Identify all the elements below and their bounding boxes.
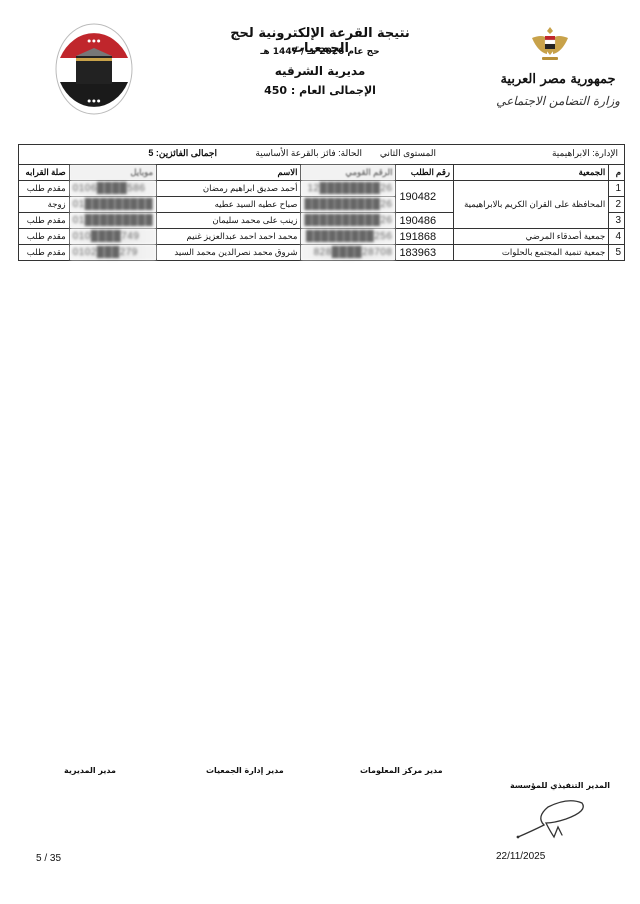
mobile-cell: 01█████████: [69, 213, 156, 229]
mobile-cell: 0102███279: [69, 245, 156, 261]
name-cell: محمد احمد احمد عبدالعزيز غنيم: [157, 229, 301, 245]
svg-text:● ● ●: ● ● ●: [87, 98, 101, 103]
col-mobile: موبايل: [69, 165, 156, 181]
associations-manager-signature-label: مدير إدارة الجمعيات: [206, 766, 284, 775]
row-index: 1: [609, 181, 625, 197]
egypt-eagle-emblem-icon: [528, 24, 572, 68]
print-date: 22/11/2025: [496, 851, 545, 862]
info-center-manager-signature-label: مدير مركز المعلومات: [360, 766, 443, 775]
ministry-name: وزارة التضامن الاجتماعي: [488, 94, 628, 108]
name-cell: أحمد صديق ابراهيم رمضان: [157, 181, 301, 197]
national-id-cell: 26██████████: [301, 213, 396, 229]
mobile-cell: 0106████586: [69, 181, 156, 197]
table-row: 5 جمعية تنمية المجتمع بالحلوات 183963 28…: [19, 245, 625, 261]
request-no-cell: 190486: [396, 213, 454, 229]
request-no-cell: 190482: [396, 181, 454, 213]
winners-total-label: اجمالى الفائزين: 5: [148, 148, 217, 159]
national-id-cell: 256█████████: [301, 229, 396, 245]
table-row: 1 المحافظة على القران الكريم بالابراهيمي…: [19, 181, 625, 197]
winners-table: الإدارة: الابراهيمية المستوى الثاني الحا…: [18, 144, 625, 261]
directorate-manager-signature-label: مدير المديرية: [64, 766, 116, 775]
executive-director-signature-label: المدير التنفيذي للمؤسسة: [510, 781, 610, 790]
national-id-cell: 26████████12: [301, 181, 396, 197]
association-cell: جمعية تنمية المجتمع بالحلوات: [454, 245, 609, 261]
table-header: م الجمعية رقم الطلب الرقم القومي الاسم م…: [19, 165, 625, 181]
level-label: المستوى الثاني: [380, 148, 436, 159]
col-index: م: [609, 165, 625, 181]
administration-label: الإدارة: الابراهيمية: [552, 148, 618, 159]
svg-text:● ● ●: ● ● ●: [87, 38, 101, 43]
hajj-year: حج عام 2026 مـ / 1447 هـ: [200, 47, 440, 57]
relation-cell: مقدم طلب: [19, 245, 70, 261]
table-row: 4 جمعية أصدقاء المرضي 191868 256████████…: [19, 229, 625, 245]
handwritten-signature-icon: [510, 795, 590, 845]
mobile-cell: 010████749: [69, 229, 156, 245]
request-no-cell: 191868: [396, 229, 454, 245]
grand-total: الإجمالى العام : 450: [200, 84, 440, 97]
relation-cell: مقدم طلب: [19, 181, 70, 197]
request-no-cell: 183963: [396, 245, 454, 261]
status-label: الحالة: فائز بالقرعة الأساسية: [255, 148, 362, 159]
association-cell: المحافظة على القران الكريم بالابراهيمية: [454, 181, 609, 229]
national-id-cell: 26██████████: [301, 197, 396, 213]
row-index: 2: [609, 197, 625, 213]
page-number: 5 / 35: [36, 853, 61, 864]
relation-cell: مقدم طلب: [19, 229, 70, 245]
mobile-cell: 01█████████: [69, 197, 156, 213]
relation-cell: زوجة: [19, 197, 70, 213]
col-relation: صلة القرابه: [19, 165, 70, 181]
national-id-cell: 28708████828: [301, 245, 396, 261]
association-cell: جمعية أصدقاء المرضي: [454, 229, 609, 245]
row-index: 4: [609, 229, 625, 245]
name-cell: صباح عطيه السيد عطيه: [157, 197, 301, 213]
directorate-name: مديرية الشرقيه: [200, 64, 440, 78]
relation-cell: مقدم طلب: [19, 213, 70, 229]
col-request-no: رقم الطلب: [396, 165, 454, 181]
name-cell: شروق محمد نصرالدين محمد السيد: [157, 245, 301, 261]
row-index: 3: [609, 213, 625, 229]
name-cell: زينب على محمد سليمان: [157, 213, 301, 229]
row-index: 5: [609, 245, 625, 261]
col-national-id: الرقم القومي: [301, 165, 396, 181]
kaaba-emblem-icon: ● ● ● ● ● ●: [54, 22, 134, 116]
col-name: الاسم: [157, 165, 301, 181]
col-association: الجمعية: [454, 165, 609, 181]
country-name: جمهورية مصر العربية: [488, 72, 628, 87]
info-bar: الإدارة: الابراهيمية المستوى الثاني الحا…: [19, 145, 625, 165]
